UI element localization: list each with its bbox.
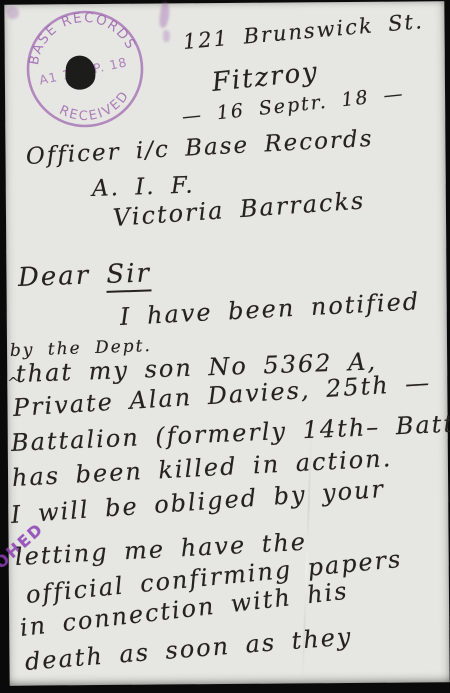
ink-smudge bbox=[163, 30, 170, 42]
letter-scan-page: BASE RECORDS RECEIVED A1 1 SEP. 18 OHED … bbox=[0, 0, 450, 693]
salutation-name: Sir bbox=[106, 258, 152, 293]
punched-hole bbox=[62, 53, 99, 93]
recipient-line-2: A. I. F. bbox=[92, 172, 195, 202]
salutation: Dear Sir bbox=[17, 258, 151, 293]
salutation-pre: Dear bbox=[17, 260, 106, 293]
